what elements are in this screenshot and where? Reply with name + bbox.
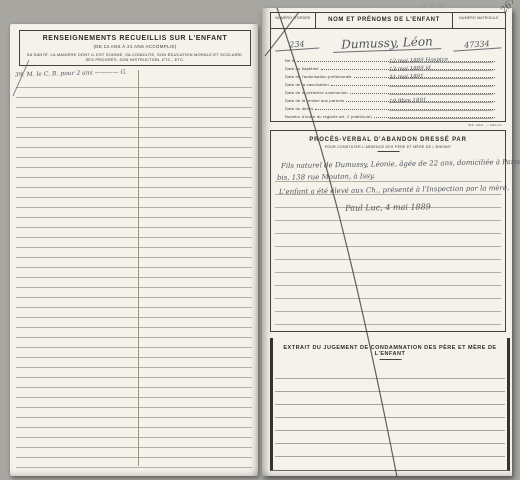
child-name-value: Dumussy, Léon xyxy=(333,34,441,53)
extrait-title: EXTRAIT DU JUGEMENT DE CONDAMNATION DES … xyxy=(273,345,507,357)
registration-box: NUMÉRO D'ORDRE NOM ET PRÉNOMS DE L'ENFAN… xyxy=(270,12,506,122)
left-header-description: SA SANTÉ, LA MANIÈRE DONT IL EST SOIGNÉ,… xyxy=(22,52,248,62)
printer-mark: IMP. ADM. — MELUN xyxy=(468,123,502,127)
field-row-vaccination: Date de la vaccination xyxy=(285,80,497,88)
right-page: NUMÉRO D'ORDRE NOM ET PRÉNOMS DE L'ENFAN… xyxy=(262,8,512,476)
center-vertical-rule xyxy=(138,70,139,466)
handwritten-annotation: 39. M. le C. R. pour 2 ans ———— G. xyxy=(15,69,127,79)
field-label: Numéro d'ordre du registre art. 2 (matri… xyxy=(285,114,372,120)
value-rule xyxy=(389,118,493,119)
handwritten-line: bis, 138 rue Mouton, à Issy. xyxy=(277,172,375,182)
left-header-subtitle: (DE 13 ANS À 21 ANS ACCOMPLIS) xyxy=(22,44,248,49)
proces-verbal-box: PROCÈS-VERBAL D'ABANDON DRESSÉ PAR POUR … xyxy=(270,130,506,332)
ornament-rule xyxy=(378,359,402,362)
field-row-baptism: Date du baptême13 mai 1889 id. xyxy=(285,64,497,72)
child-name-title: NOM ET PRÉNOMS DE L'ENFANT xyxy=(316,13,452,28)
value-rule xyxy=(389,110,493,111)
field-row-death: Date du décès xyxy=(285,104,497,112)
left-header-title: RENSEIGNEMENTS RECUEILLIS SUR L'ENFANT xyxy=(22,35,248,42)
extrait-jugement-box: EXTRAIT DU JUGEMENT DE CONDAMNATION DES … xyxy=(270,338,510,471)
registration-values-row: 234 Dumussy, Léon 47334 xyxy=(271,29,505,54)
matricule-number-label: NUMÉRO MATRICULE xyxy=(452,13,505,28)
matricule-number-value: 47334 xyxy=(453,38,502,51)
ornament-rule xyxy=(376,151,400,154)
field-row-birth: Né le12 mai 1889 Hospice xyxy=(285,56,497,64)
order-number-label: NUMÉRO D'ORDRE xyxy=(271,13,316,28)
field-row-first-communion: Date de la première communion xyxy=(285,88,497,96)
corner-note: n° 15 bis xyxy=(422,3,445,10)
registration-fields: Né le12 mai 1889 Hospice Date du baptême… xyxy=(271,55,505,121)
ruled-lines xyxy=(16,78,252,468)
proces-verbal-subtitle: POUR CONSTATER L'ABSENCE DES PÈRE ET MÈR… xyxy=(271,145,505,149)
value-rule xyxy=(389,86,493,87)
field-row-return-to-parents: Date de la remise aux parents19 9bre 189… xyxy=(285,96,497,104)
left-header-box: RENSEIGNEMENTS RECUEILLIS SUR L'ENFANT (… xyxy=(19,30,251,66)
field-row-register-order-number: Numéro d'ordre du registre art. 2 (matri… xyxy=(285,112,497,120)
ruled-lines xyxy=(275,366,505,468)
order-number-value: 234 xyxy=(275,38,320,51)
proces-verbal-title: PROCÈS-VERBAL D'ABANDON DRESSÉ PAR xyxy=(271,137,505,143)
left-page: RENSEIGNEMENTS RECUEILLIS SUR L'ENFANT (… xyxy=(10,24,258,476)
registration-header-row: NUMÉRO D'ORDRE NOM ET PRÉNOMS DE L'ENFAN… xyxy=(271,13,505,29)
field-row-prefectoral-authorization: Date de l'autorisation préfectorale31 ma… xyxy=(285,72,497,80)
